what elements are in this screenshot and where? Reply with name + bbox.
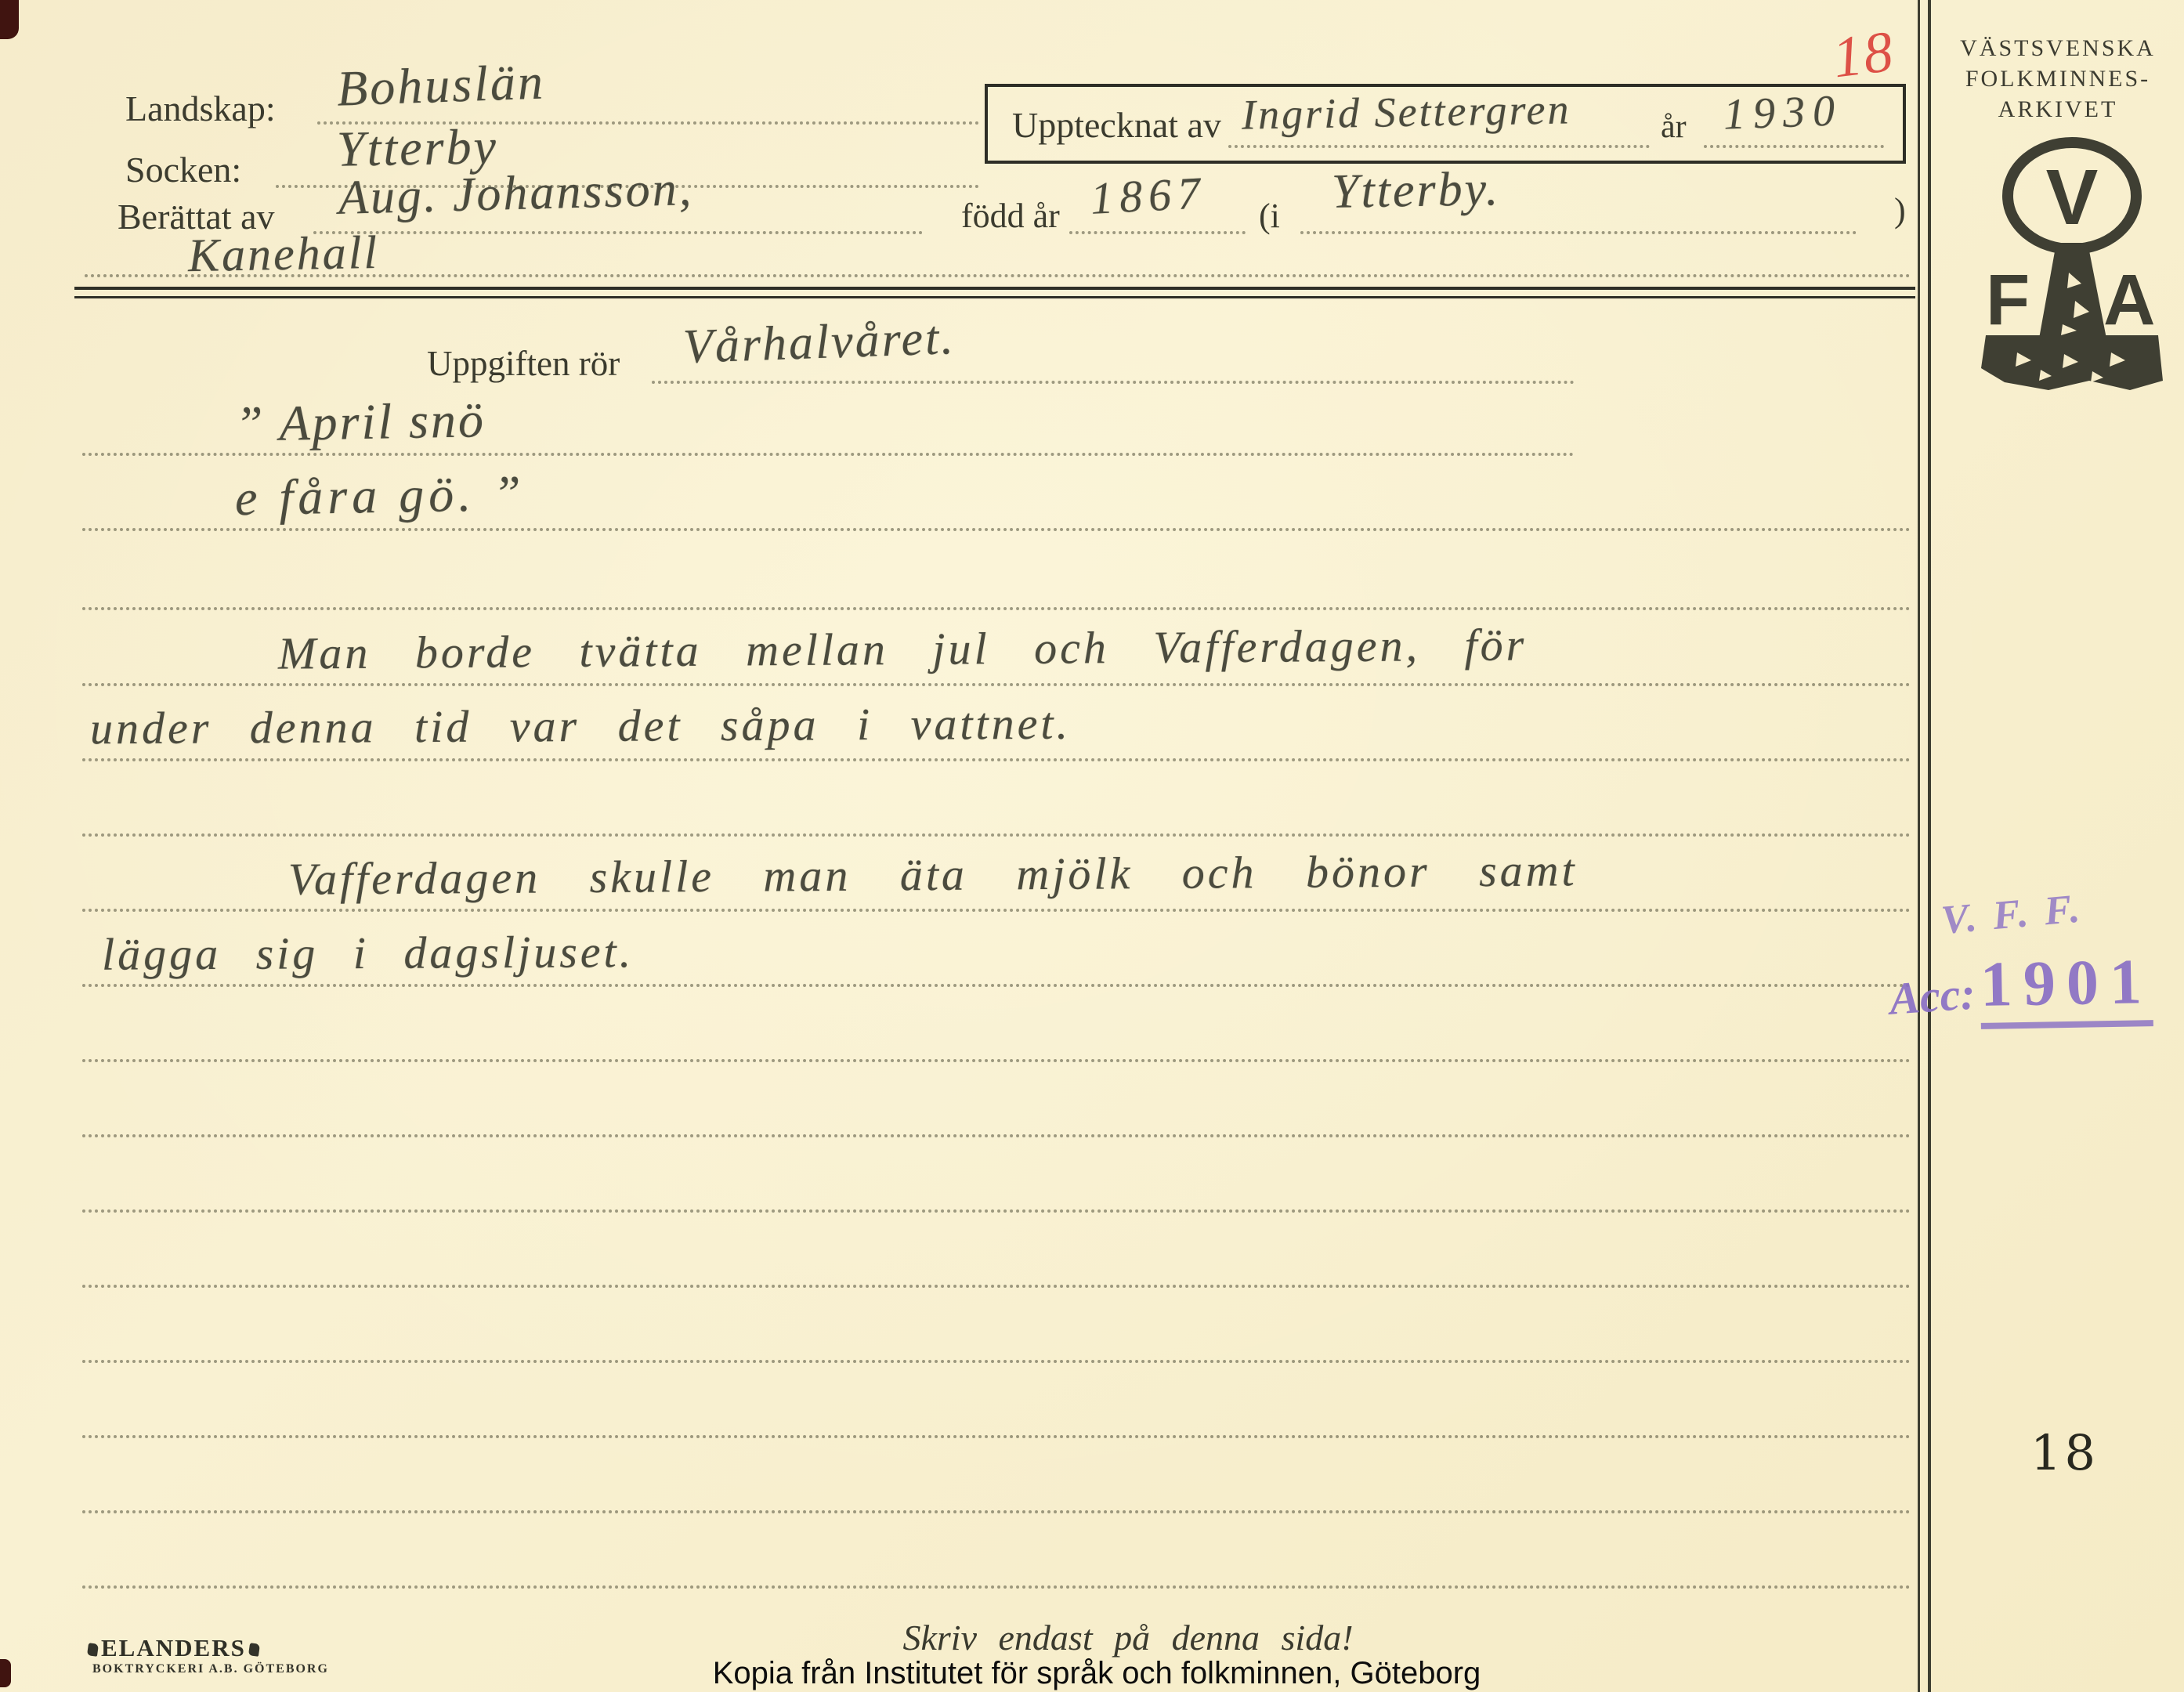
page-number: 18 — [2030, 1424, 2099, 1481]
paren-open: (i — [1259, 196, 1280, 236]
upptecknat-year-label: år — [1661, 108, 1687, 146]
archive-record-card: Landskap: Bohuslän Socken: Ytterby Berät… — [0, 0, 2184, 1692]
ruled-line — [1228, 145, 1650, 148]
ruled-line — [652, 381, 1575, 384]
printer-ornament-icon — [248, 1643, 260, 1657]
body-line: Vafferdagen skulle man äta mjölk och bön… — [288, 844, 1578, 905]
ruled-line — [1069, 231, 1246, 234]
page-number-red: 18 — [1829, 19, 1898, 92]
ruled-line — [82, 1435, 1911, 1438]
ruled-line — [82, 984, 1911, 987]
ruled-line — [82, 1059, 1911, 1062]
stamp-vff: V. F. F. — [1940, 885, 2085, 944]
ruled-line — [82, 1585, 1911, 1589]
archive-logo-thors-hammer-icon: V F A — [1970, 133, 2171, 406]
svg-text:V: V — [2046, 154, 2099, 241]
fodd-ar-value: 1867 — [1089, 166, 1207, 225]
printer-sub: BOKTRYCKERI A.B. GÖTEBORG — [92, 1662, 329, 1676]
verse-line: e fåra gö. ” — [234, 465, 526, 527]
body-line: Man borde tvätta mellan jul och Vafferda… — [278, 618, 1528, 679]
ruled-line — [82, 528, 1911, 531]
margin-rule — [1928, 0, 1931, 1692]
svg-text:F: F — [1986, 260, 2030, 340]
ruled-line — [85, 274, 1911, 277]
verse-line: ” April snö — [234, 391, 486, 454]
landskap-label: Landskap: — [125, 88, 276, 129]
ruled-line — [82, 833, 1911, 837]
footer-copy-note: Kopia från Institutet för språk och folk… — [713, 1656, 1481, 1691]
uppgiften-label: Uppgiften rör — [427, 343, 620, 384]
uppgiften-value: Vårhalvåret. — [682, 310, 956, 375]
ruled-line — [82, 1510, 1911, 1513]
scan-artifact — [0, 1659, 11, 1687]
printer-ornament-icon — [87, 1643, 99, 1657]
archive-name-line: FOLKMINNES- — [1936, 63, 2179, 94]
body-line: under denna tid var det såpa i vattnet. — [90, 697, 1071, 755]
upptecknat-collector: Ingrid Settergren — [1241, 85, 1571, 139]
svg-text:A: A — [2103, 260, 2155, 340]
scan-artifact — [0, 0, 19, 39]
footer-instruction: Skriv endast på denna sida! — [902, 1617, 1353, 1658]
ruled-line — [82, 1134, 1911, 1137]
ruled-line — [82, 607, 1911, 610]
fodd-ar-label: född år — [961, 196, 1060, 236]
header-divider — [74, 296, 1915, 298]
ruled-line — [82, 1209, 1911, 1213]
archive-name-line: VÄSTSVENSKA — [1936, 33, 2179, 63]
ruled-line — [313, 231, 923, 234]
ruled-line — [82, 1285, 1911, 1288]
fodd-place-value: Ytterby. — [1331, 161, 1500, 220]
socken-label: Socken: — [125, 149, 241, 190]
margin-rule — [1918, 0, 1920, 1692]
ruled-line — [82, 1360, 1911, 1363]
archive-name-line: ARKIVET — [1936, 94, 2179, 125]
ruled-line — [82, 453, 1575, 456]
paren-close: ) — [1894, 190, 1906, 230]
ruled-line — [1300, 231, 1857, 234]
archive-name: VÄSTSVENSKA FOLKMINNES- ARKIVET — [1936, 33, 2179, 125]
ruled-line — [1704, 145, 1884, 148]
berattat-value: Aug. Johansson, — [338, 161, 694, 226]
header-divider — [74, 287, 1915, 290]
upptecknat-year-value: 1930 — [1723, 85, 1843, 139]
upptecknat-label: Upptecknat av — [1012, 104, 1221, 146]
printer-name: ELANDERS — [101, 1634, 246, 1661]
stamp-acc-label: Acc: — [1888, 967, 1977, 1025]
ruled-line — [82, 909, 1911, 912]
body-line: lägga sig i dagsljuset. — [102, 925, 634, 981]
landskap-value: Bohuslän — [336, 52, 546, 117]
stamp-acc-number: 1901 — [1980, 945, 2153, 1029]
ruled-line — [82, 758, 1911, 761]
ruled-line — [82, 683, 1911, 686]
printer-mark: ELANDERS — [88, 1634, 259, 1662]
